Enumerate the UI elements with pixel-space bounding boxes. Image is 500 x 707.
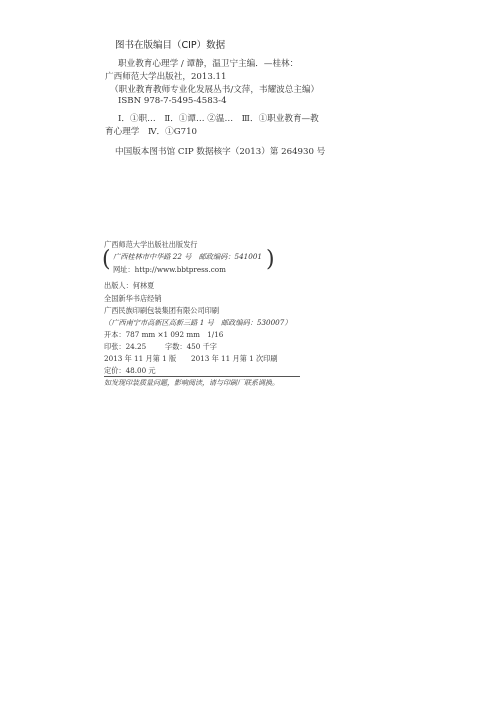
quality-notice: 如发现印装质量问题，影响阅读，请与印刷厂联系调换。 <box>104 378 279 388</box>
address-open-paren: ( <box>102 249 111 271</box>
printing: 2013 年 11 月第 1 次印刷 <box>191 354 278 364</box>
publisher-statement: 广西师范大学出版社出版发行 <box>104 240 197 250</box>
cip-line-title-author: 职业教育心理学 / 谭静，温卫宁主编．—桂林： <box>118 57 298 69</box>
distributor: 全国新华书店经销 <box>104 294 162 304</box>
cip-line-isbn: ISBN 978-7-5495-4583-4 <box>118 96 227 106</box>
publisher-website: 网址：http://www.bbtpress.com <box>113 265 226 275</box>
book-format: 开本：787 mm ×1 092 mm 1/16 <box>104 330 223 340</box>
address-close-paren: ) <box>266 249 275 271</box>
edition: 2013 年 11 月第 1 版 <box>104 354 176 364</box>
cip-title: 图书在版编目（CIP）数据 <box>115 37 225 51</box>
publisher-person: 出版人：何林夏 <box>104 281 154 291</box>
cip-classification-line-2: 育心理学 Ⅳ．①G710 <box>105 125 197 137</box>
publisher-address: 广西桂林市中华路 22 号 邮政编码：541001 <box>113 252 262 262</box>
cip-classification-line-1: Ⅰ．①职… Ⅱ．①谭… ②温… Ⅲ．①职业教育—教 <box>118 112 319 124</box>
printer: 广西民族印刷包装集团有限公司印刷 <box>104 306 219 316</box>
cip-line-publisher: 广西师范大学出版社，2013.11 <box>105 70 226 82</box>
cip-line-series: （职业教育教师专业化发展丛书/文萍，韦耀波总主编） <box>110 83 319 95</box>
word-count: 字数：450 千字 <box>165 342 217 352</box>
printed-sheets: 印张：24.25 <box>104 342 146 352</box>
printer-address: （广西南宁市高新区高新三路 1 号 邮政编码：530007） <box>104 318 292 328</box>
divider-rule <box>104 376 300 377</box>
cip-verification-number: 中国版本图书馆 CIP 数据核字（2013）第 264930 号 <box>115 145 325 157</box>
price: 定价：48.00 元 <box>104 366 156 376</box>
